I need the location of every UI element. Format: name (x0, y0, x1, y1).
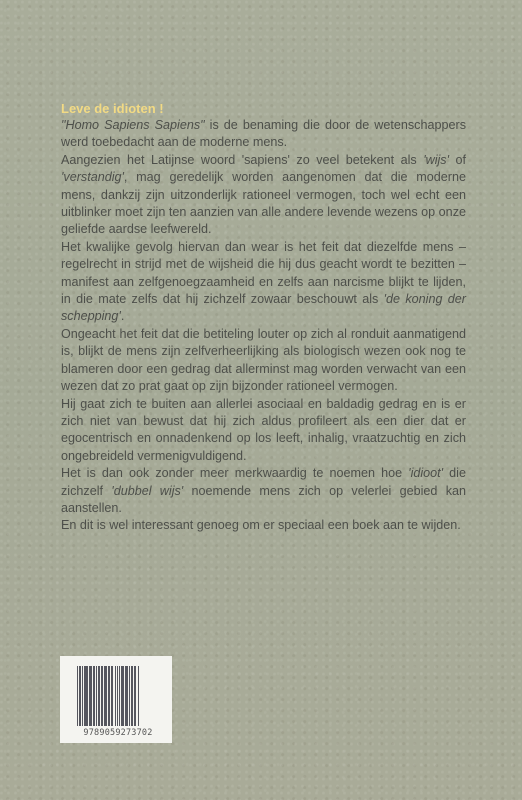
blurb-paragraph: Aangezien het Latijnse woord 'sapiens' z… (61, 152, 466, 239)
blurb-paragraph: En dit is wel interessant genoeg om er s… (61, 517, 466, 534)
back-cover-blurb: Leve de idioten ! "Homo Sapiens Sapiens"… (61, 100, 466, 535)
blurb-paragraph: Het is dan ook zonder meer merkwaardig t… (61, 465, 466, 517)
blurb-paragraph: Hij gaat zich te buiten aan allerlei aso… (61, 396, 466, 466)
barcode-icon (77, 666, 155, 726)
blurb-paragraph: "Homo Sapiens Sapiens" is de benaming di… (61, 117, 466, 152)
blurb-heading: Leve de idioten ! (61, 100, 466, 117)
blurb-paragraph: Ongeacht het feit dat die betiteling lou… (61, 326, 466, 396)
blurb-body: "Homo Sapiens Sapiens" is de benaming di… (61, 117, 466, 535)
blurb-paragraph: Het kwalijke gevolg hiervan dan wear is … (61, 239, 466, 326)
barcode-label: 9789059273702 (60, 656, 172, 743)
isbn-number: 9789059273702 (70, 728, 166, 738)
